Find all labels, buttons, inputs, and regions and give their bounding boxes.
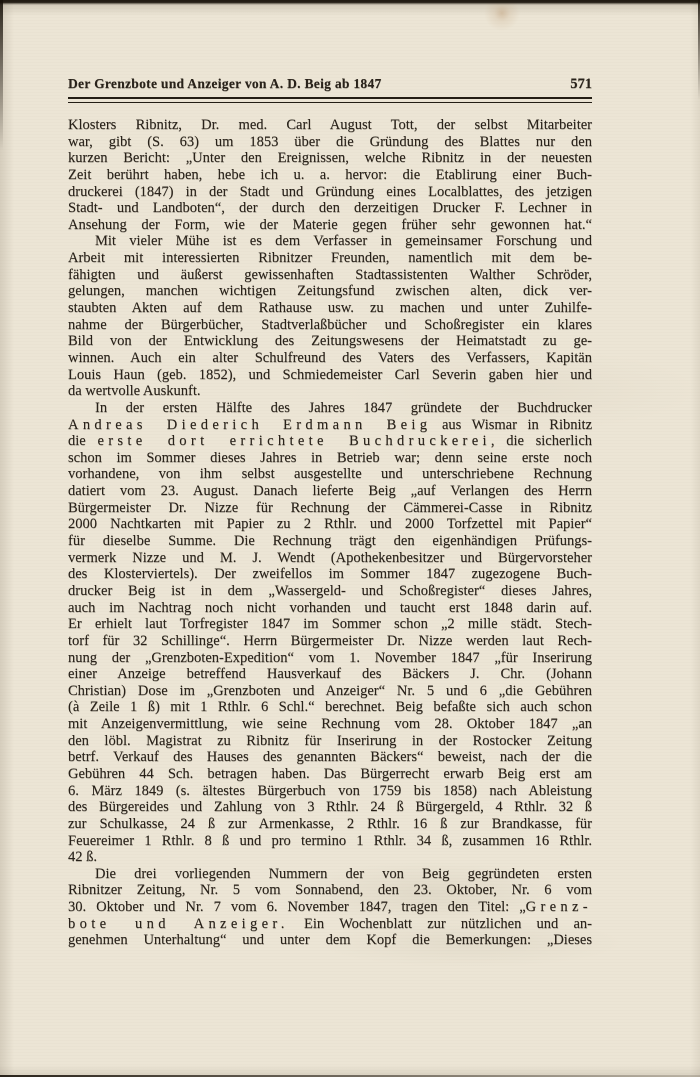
text-line: druckerei (1847) in der Stadt und Gründu… [68,184,592,201]
text-line: Zeit berührt haben, hebe ich u. a. hervo… [68,167,592,184]
text-segment: (à Zeile 1 ß) mit 1 Rthlr. 6 Schl.“ bere… [68,699,592,715]
text-line: Gebühren 44 Sch. betragen haben. Das Bür… [68,766,592,783]
text-line: Ansehung der Form, wie der Materie gegen… [68,217,592,234]
running-title: Der Grenzbote und Anzeiger von A. D. Bei… [68,76,382,92]
text-line: die erste dort errichtete Buchdruckerei,… [68,433,592,450]
text-line: da wertvolle Auskunft. [68,383,592,400]
text-line: In der ersten Hälfte des Jahres 1847 grü… [68,400,592,417]
text-segment: fähigten und äußerst gewissenhaften Stad… [68,267,592,283]
text-segment: , die sicherlich [491,433,592,449]
text-segment: Mit vieler Mühe ist es dem Verfasser in … [95,233,592,249]
header-double-rule [68,97,592,103]
text-segment: Bild von der Entwicklung des Zeitungswes… [68,333,592,349]
text-segment: den löbl. Magistrat zu Ribnitz für Inser… [68,733,592,749]
page-text: Klosters Ribnitz, Dr. med. Carl August T… [68,117,592,949]
text-segment: nung der „Grenzboten-Expedition“ vom 1. … [68,650,592,666]
text-line: vorhandene, von ihm selbst ausgestellte … [68,466,592,483]
text-line: auch im Nachtrag noch nicht vorhanden un… [68,600,592,617]
text-line: drucker Beig ist in dem „Wassergeld- und… [68,583,592,600]
text-line: (à Zeile 1 ß) mit 1 Rthlr. 6 Schl.“ bere… [68,699,592,716]
letterspaced-text: Andreas Diederich Erdmann Beig [68,417,431,433]
text-line: 6. März 1849 (s. ältestes Bürgerbuch von… [68,783,592,800]
text-segment: Ansehung der Form, wie der Materie gegen… [68,217,592,233]
text-line: 30. Oktober und Nr. 7 vom 6. November 18… [68,899,592,916]
text-segment: Feuereimer 1 Rthlr. 8 ß und pro termino … [68,833,592,849]
text-segment: Arbeit mit interessierten Ribnitzer Freu… [68,250,592,266]
text-line: gelungen, manchen wichtigen Zeitungsfund… [68,283,592,300]
text-line: war, gibt (S. 63) um 1853 über die Gründ… [68,134,592,151]
text-line: nahme der Bürgerbücher, Stadtverlaßbüche… [68,317,592,334]
text-line: den löbl. Magistrat zu Ribnitz für Inser… [68,733,592,750]
scan-edge-left [0,0,3,150]
text-segment: drucker Beig ist in dem „Wassergeld- und… [68,583,592,599]
text-segment: 2000 Nachtkarten mit Papier zu 2 Rthlr. … [68,516,592,532]
text-line: Bild von der Entwicklung des Zeitungswes… [68,333,592,350]
text-segment: schon im Sommer dieses Jahres in Betrieb… [68,450,592,466]
text-segment: Ein Wochenblatt zur nützlichen und an- [289,916,592,932]
text-line: 2000 Nachtkarten mit Papier zu 2 Rthlr. … [68,516,592,533]
text-line: winnen. Auch ein alter Schulfreund des V… [68,350,592,367]
text-line: nung der „Grenzboten-Expedition“ vom 1. … [68,650,592,667]
text-segment: staubten Akten auf dem Rathause usw. zu … [68,300,592,316]
scanned-book-page: Der Grenzbote und Anzeiger von A. D. Bei… [0,0,700,1077]
text-segment: Er erhielt laut Torfregister 1847 im Som… [68,616,592,632]
text-segment: winnen. Auch ein alter Schulfreund des V… [68,350,592,366]
text-line: bote und Anzeiger. Ein Wochenblatt zur n… [68,916,592,933]
text-line: Arbeit mit interessierten Ribnitzer Freu… [68,250,592,267]
text-line: 42 ß. [68,849,592,866]
text-segment: zur Schulkasse, 24 ß zur Armenkasse, 2 R… [68,816,592,832]
text-segment: einer Anzeige betreffend Hausverkauf des… [68,666,592,682]
letterspaced-text: Grenz- [526,899,592,915]
text-line: betrf. Verkauf des Hauses des genannten … [68,749,592,766]
text-segment: Zeit berührt haben, hebe ich u. a. hervo… [68,167,592,183]
text-line: staubten Akten auf dem Rathause usw. zu … [68,300,592,317]
text-line: Die drei vorliegenden Nummern der von Be… [68,866,592,883]
text-line: torf für 32 Schillinge“. Herrn Bürgermei… [68,633,592,650]
text-segment: war, gibt (S. 63) um 1853 über die Gründ… [68,134,592,150]
text-segment: 42 ß. [68,849,97,865]
text-line: datiert vom 23. August. Danach lieferte … [68,483,592,500]
text-line: genehmen Unterhaltung“ und unter dem Kop… [68,932,592,949]
text-segment: mit Anzeigenvermittlung, wie seine Rechn… [68,716,592,732]
text-segment: betrf. Verkauf des Hauses des genannten … [68,749,592,765]
text-segment: Gebühren 44 Sch. betragen haben. Das Bür… [68,766,592,782]
text-line: kurzen Bericht: „Unter den Ereignissen, … [68,150,592,167]
text-segment: In der ersten Hälfte des Jahres 1847 grü… [95,400,592,416]
text-line: Mit vieler Mühe ist es dem Verfasser in … [68,233,592,250]
text-line: Ribnitzer Zeitung, Nr. 5 vom Sonnabend, … [68,882,592,899]
text-segment: nahme der Bürgerbücher, Stadtverlaßbüche… [68,317,592,333]
text-line: schon im Sommer dieses Jahres in Betrieb… [68,450,592,467]
text-line: Er erhielt laut Torfregister 1847 im Som… [68,616,592,633]
text-line: vermerk Nizze und M. J. Wendt (Apotheken… [68,550,592,567]
text-segment: 6. März 1849 (s. ältestes Bürgerbuch von… [68,783,592,799]
text-segment: aus Wismar in Ribnitz [431,417,592,433]
text-segment: Die drei vorliegenden Nummern der von Be… [95,866,592,882]
text-segment: 30. Oktober und Nr. 7 vom 6. November 18… [68,899,526,915]
text-line: des Klosterviertels). Der zweifellos im … [68,566,592,583]
text-segment: torf für 32 Schillinge“. Herrn Bürgermei… [68,633,592,649]
text-segment: des Klosterviertels). Der zweifellos im … [68,566,592,582]
text-line: Bürgermeister Dr. Nizze für Rechnung der… [68,500,592,517]
text-segment: druckerei (1847) in der Stadt und Gründu… [68,184,592,200]
text-segment: Louis Haun (geb. 1852), und Schmiedemeis… [68,367,592,383]
text-line: fähigten und äußerst gewissenhaften Stad… [68,267,592,284]
text-segment: kurzen Bericht: „Unter den Ereignissen, … [68,150,592,166]
text-line: Stadt- und Landboten“, der durch den der… [68,200,592,217]
text-segment: vermerk Nizze und M. J. Wendt (Apotheken… [68,550,592,566]
text-line: einer Anzeige betreffend Hausverkauf des… [68,666,592,683]
text-line: Andreas Diederich Erdmann Beig aus Wisma… [68,417,592,434]
text-segment: Klosters Ribnitz, Dr. med. Carl August T… [68,117,592,133]
text-line: des Bürgereides und Zahlung von 3 Rthlr.… [68,799,592,816]
text-line: Klosters Ribnitz, Dr. med. Carl August T… [68,117,592,134]
text-segment: da wertvolle Auskunft. [68,383,201,399]
text-line: mit Anzeigenvermittlung, wie seine Rechn… [68,716,592,733]
letterspaced-text: bote und Anzeiger. [68,916,289,932]
text-segment: Ribnitzer Zeitung, Nr. 5 vom Sonnabend, … [68,882,592,898]
text-segment: Bürgermeister Dr. Nizze für Rechnung der… [68,500,592,516]
text-segment: gelungen, manchen wichtigen Zeitungsfund… [68,283,592,299]
text-segment: datiert vom 23. August. Danach lieferte … [68,483,592,499]
text-line: zur Schulkasse, 24 ß zur Armenkasse, 2 R… [68,816,592,833]
text-segment: für dieselbe Summe. Die Rechnung trägt d… [68,533,592,549]
text-segment: auch im Nachtrag noch nicht vorhanden un… [68,600,592,616]
text-line: für dieselbe Summe. Die Rechnung trägt d… [68,533,592,550]
text-line: Louis Haun (geb. 1852), und Schmiedemeis… [68,367,592,384]
text-segment: des Bürgereides und Zahlung von 3 Rthlr.… [68,799,592,815]
letterspaced-text: erste dort errichtete Buchdruckerei [97,433,490,449]
text-segment: vorhandene, von ihm selbst ausgestellte … [68,466,592,482]
page-header: Der Grenzbote und Anzeiger von A. D. Bei… [68,76,592,93]
text-line: Christian) Dose im „Grenzboten und Anzei… [68,683,592,700]
text-segment: Stadt- und Landboten“, der durch den der… [68,200,592,216]
text-segment: genehmen Unterhaltung“ und unter dem Kop… [68,932,592,948]
page-number: 571 [570,76,592,93]
text-segment: Christian) Dose im „Grenzboten und Anzei… [68,683,592,699]
text-line: Feuereimer 1 Rthlr. 8 ß und pro termino … [68,833,592,850]
scan-edge-top [0,0,700,5]
text-segment: die [68,433,97,449]
